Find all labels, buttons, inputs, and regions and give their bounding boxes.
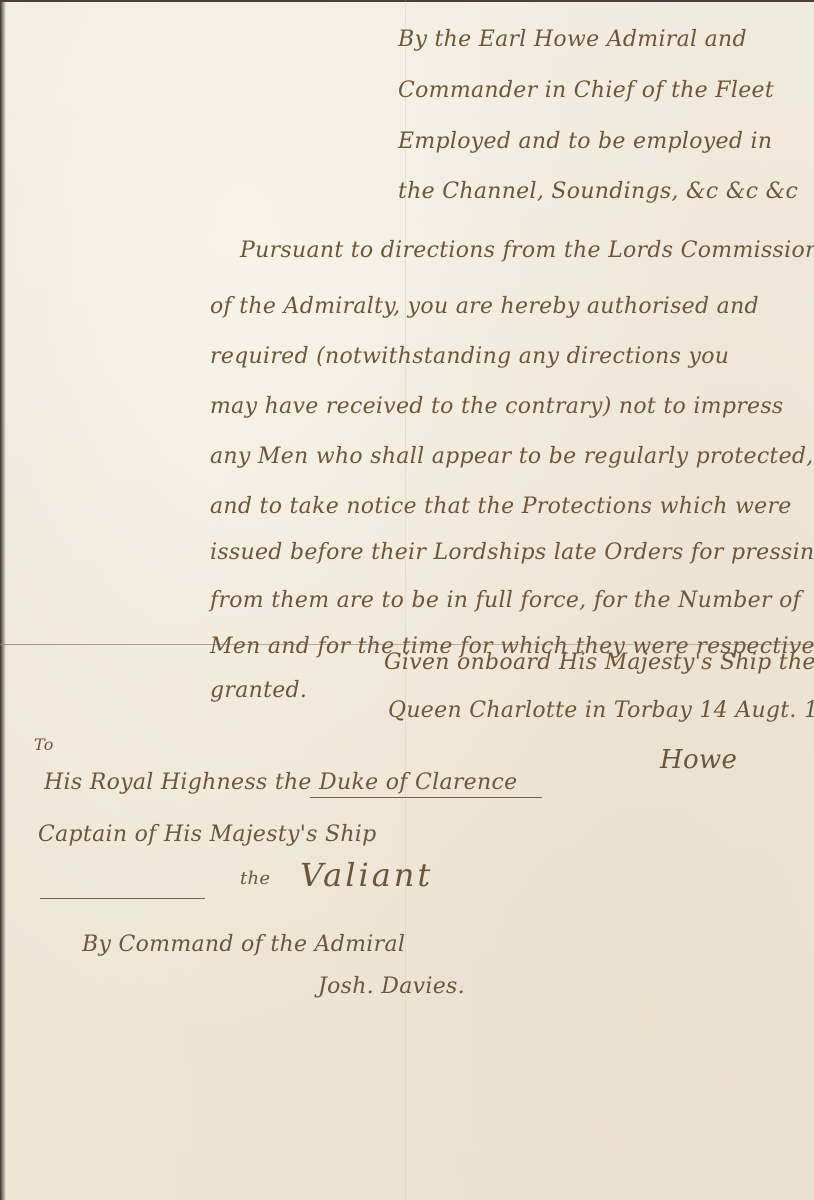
body-line-4: may have received to the contrary) not t… <box>210 394 784 419</box>
body-line-6: and to take notice that the Protections … <box>210 494 792 519</box>
body-line-3: required (notwithstanding any directions… <box>210 344 729 369</box>
heading-line-2: Commander in Chief of the Fleet <box>398 69 774 113</box>
addressee-line-2: Captain of His Majesty's Ship <box>38 822 377 847</box>
heading-line-3: Employed and to be employed in <box>398 120 772 164</box>
body-line-5: any Men who shall appear to be regularly… <box>210 444 814 469</box>
body-line-10: granted. <box>210 678 307 703</box>
body-line-8: from them are to be in full force, for t… <box>210 588 801 613</box>
signature-howe: Howe <box>660 745 737 775</box>
page-top-edge <box>0 0 814 2</box>
ship-name: Valiant <box>300 856 433 894</box>
addressee-line-1: His Royal Highness the Duke of Clarence <box>44 770 517 795</box>
dateline-line-2: Queen Charlotte in Torbay 14 Augt. 1790 <box>388 698 814 723</box>
body-line-7: issued before their Lordships late Order… <box>210 540 814 565</box>
body-line-2: of the Admiralty, you are hereby authori… <box>210 294 759 319</box>
countersign-name: Josh. Davies. <box>318 974 465 999</box>
ship-prefix: the <box>240 868 270 889</box>
letter-page: By the Earl Howe Admiral and Commander i… <box>0 0 814 1200</box>
body-line-1: Pursuant to directions from the Lords Co… <box>240 238 814 263</box>
heading-line-1: By the Earl Howe Admiral and <box>398 18 747 62</box>
addressee-underline <box>310 797 542 798</box>
heading-line-4: the Channel, Soundings, &c &c &c <box>398 170 798 214</box>
dateline-line-1: Given onboard His Majesty's Ship the <box>384 650 814 675</box>
addressee-prefix: To <box>34 735 54 754</box>
countersign-line: By Command of the Admiral <box>82 932 405 957</box>
separator-rule <box>40 898 205 899</box>
